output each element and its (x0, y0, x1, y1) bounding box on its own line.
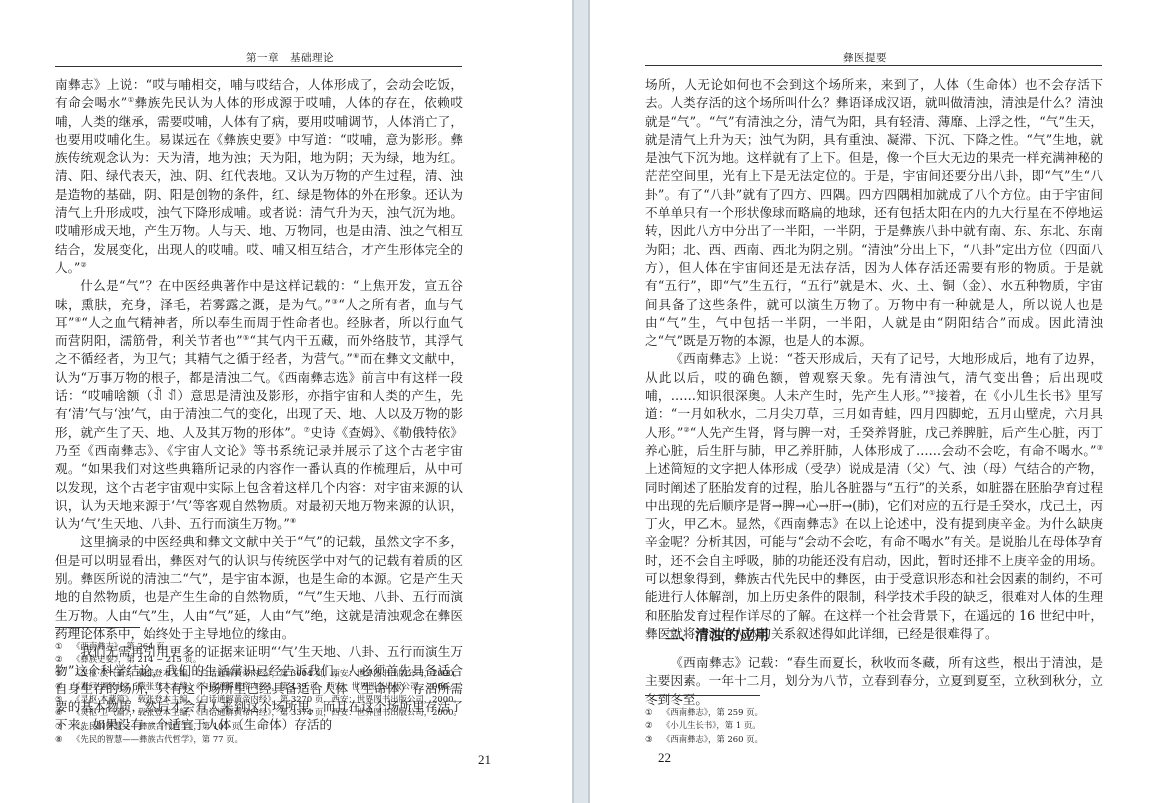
footnote-ref[interactable]: ② (80, 261, 86, 269)
footnote-ref[interactable]: ⑤ (243, 334, 250, 342)
header-rule (55, 66, 462, 67)
section-heading: 二、清浊的应用 (665, 625, 770, 645)
footnote: ⑦《先民的智慧——彝族古代哲学》，第 101 页。 (55, 720, 462, 733)
footnote: ④《素问·调经论》，载张登本主编，《白话通解黄帝内经》，第 139 页，西安：世… (55, 680, 462, 693)
paragraph: 《西南彝志》记载：“春生而夏长，秋收而冬藏，所有这些，根出于清浊，是主要因素。一… (645, 654, 1103, 709)
right-page: 彝医提要 场所，人无论如何也不会到这个场所来，来到了，人体（生命体）也不会存活下… (590, 0, 1160, 803)
footnote: ①《西南彝志》，第 264 页。 (55, 640, 462, 653)
body-text: 《西南彝志》记载：“春生而夏长，秋收而冬藏，所有这些，根出于清浊，是主要因素。一… (645, 654, 1103, 709)
footnotes: ①《西南彝志》，第 264 页。 ②《彝族史要》，第 214 ~ 215 页。 … (55, 640, 462, 746)
footnote: ③《灵枢·决气篇》，载张登本主编，《白话通解黄帝内经》，第 3004 页，西安：… (55, 667, 462, 680)
paragraph: 什么是“气”？在中医经典著作中是这样记载的：“上焦开发，宣五谷味，熏肤，充身，泽… (55, 277, 463, 533)
footnote: ③《西南彝志》，第 260 页。 (645, 733, 763, 746)
footnote: ①《西南彝志》，第 259 页。 (645, 706, 763, 719)
left-page: 第一章 基础理论 南彝志》上说：“哎与哺相交，哺与哎结合，人体形成了，会动会吃饭… (0, 0, 572, 803)
footnote-rule (55, 627, 140, 628)
header-rule (645, 65, 1102, 66)
page-number: 22 (658, 750, 671, 766)
footnote-rule (645, 695, 760, 696)
paragraph: 《西南彝志》上说：“苍天形成后，天有了记号，大地形成后，地有了边界，从此以后，哎… (645, 350, 1103, 643)
footnote-ref[interactable]: ① (929, 389, 936, 397)
footnote-ref[interactable]: ⑥ (353, 352, 360, 360)
page-number: 21 (478, 752, 491, 768)
paragraph: 场所，人无论如何也不会到这个场所来，来到了，人体（生命体）也不会存活下去。人类存… (645, 76, 1103, 350)
footnotes: ①《西南彝志》，第 259 页。 ②《小儿生长书》，第 1 页。 ③《西南彝志》… (645, 706, 763, 746)
running-head: 彝医提要 (630, 50, 1100, 65)
footnote: ⑥《灵枢·卫气篇》，载张登本主编，《白话通解黄帝内经》，第 3374 页，西安：… (55, 706, 462, 719)
footnote-ref[interactable]: ① (127, 96, 134, 104)
footnote-ref[interactable]: ③ (1096, 444, 1103, 452)
footnote: ⑤《灵枢·本藏篇》，载张登本主编，《白话通解黄帝内经》，第 3270 页，西安：… (55, 693, 462, 706)
running-head: 第一章 基础理论 (60, 50, 520, 65)
body-text: 场所，人无论如何也不会到这个场所来，来到了，人体（生命体）也不会存活下去。人类存… (645, 76, 1103, 643)
body-text: 南彝志》上说：“哎与哺相交，哺与哎结合，人体形成了，会动会吃饭，有命会喝水”①彝… (55, 76, 463, 735)
page-gutter (572, 0, 590, 803)
footnote: ②《彝族史要》，第 214 ~ 215 页。 (55, 653, 462, 666)
footnote-ref[interactable]: ⑧ (290, 517, 296, 525)
footnote: ⑧《先民的智慧——彝族古代哲学》，第 77 页。 (55, 733, 462, 746)
footnote: ②《小儿生长书》，第 1 页。 (645, 719, 763, 732)
paragraph: 南彝志》上说：“哎与哺相交，哺与哎结合，人体形成了，会动会吃饭，有命会喝水”①彝… (55, 76, 463, 277)
